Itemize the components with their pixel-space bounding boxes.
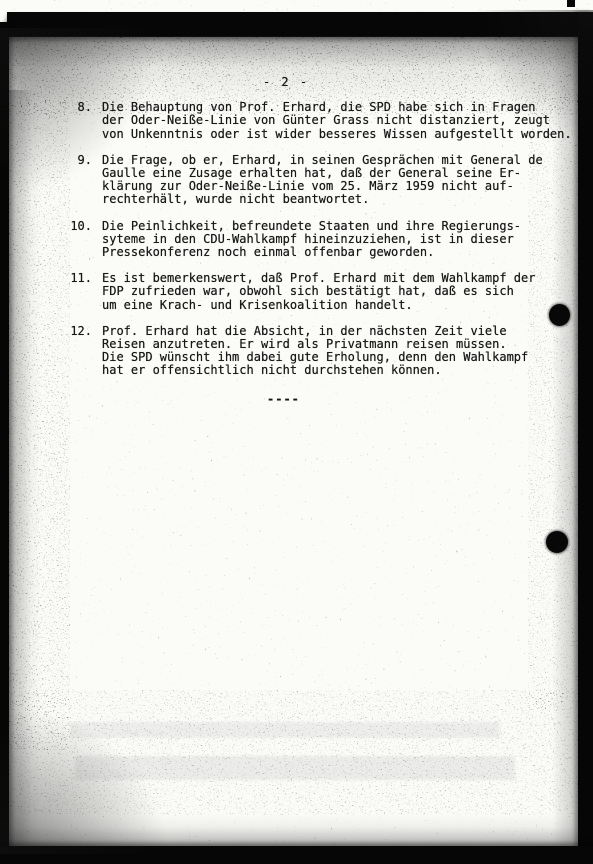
ghost-text-smudge [70, 722, 500, 738]
item-line: der Oder-Neiße-Linie von Günter Grass ni… [102, 114, 572, 127]
item-text: Die Peinlichkeit, befreundete Staaten un… [102, 220, 544, 260]
hole-punch [546, 531, 568, 553]
document-body: - 2 - 8. Die Behauptung von Prof. Erhard… [62, 76, 544, 406]
list-item: 10. Die Peinlichkeit, befreundete Staate… [62, 220, 544, 260]
item-text: Die Frage, ob er, Erhard, in seinen Gesp… [102, 154, 544, 207]
ghost-text-smudge [75, 756, 515, 780]
item-line: Die Peinlichkeit, befreundete Staaten un… [102, 220, 544, 233]
item-text: Prof. Erhard hat die Absicht, in der näc… [102, 325, 544, 378]
scan-border-right [578, 12, 593, 864]
item-number: 12. [62, 325, 92, 378]
item-line: FDP zufrieden war, obwohl sich bestätigt… [102, 285, 544, 298]
toner-fade-right [552, 40, 578, 846]
toner-fade-bottom [9, 814, 578, 846]
item-line: von Unkenntnis oder ist wider besseres W… [102, 128, 572, 141]
end-separator: ---- [267, 393, 544, 406]
item-text: Die Behauptung von Prof. Erhard, die SPD… [102, 101, 572, 141]
item-line: Pressekonferenz noch einmal offenbar gew… [102, 246, 544, 259]
item-number: 9. [62, 154, 92, 207]
item-text: Es ist bemerkenswert, daß Prof. Erhard m… [102, 272, 544, 312]
scan-border-top [7, 12, 593, 37]
scanned-page: - 2 - 8. Die Behauptung von Prof. Erhard… [0, 0, 593, 864]
item-line: hat er offensichtlich nicht durchstehen … [102, 364, 544, 377]
list-item: 8. Die Behauptung von Prof. Erhard, die … [62, 101, 544, 141]
item-line: rechterhält, wurde nicht beantwortet. [102, 193, 544, 206]
scan-artifact [567, 0, 575, 7]
list-item: 12. Prof. Erhard hat die Absicht, in der… [62, 325, 544, 378]
scan-border-bottom [0, 846, 593, 864]
list-item: 11. Es ist bemerkenswert, daß Prof. Erha… [62, 272, 544, 312]
list-item: 9. Die Frage, ob er, Erhard, in seinen G… [62, 154, 544, 207]
hole-punch [549, 304, 570, 326]
scan-border-left [0, 22, 9, 864]
page-number: - 2 - [28, 76, 544, 89]
toner-corner-bottom-left [0, 704, 170, 854]
toner-fade-left [9, 90, 41, 846]
item-number: 10. [62, 220, 92, 260]
item-line: um eine Krach- und Krisenkoalition hande… [102, 299, 544, 312]
item-number: 8. [62, 101, 92, 141]
item-number: 11. [62, 272, 92, 312]
